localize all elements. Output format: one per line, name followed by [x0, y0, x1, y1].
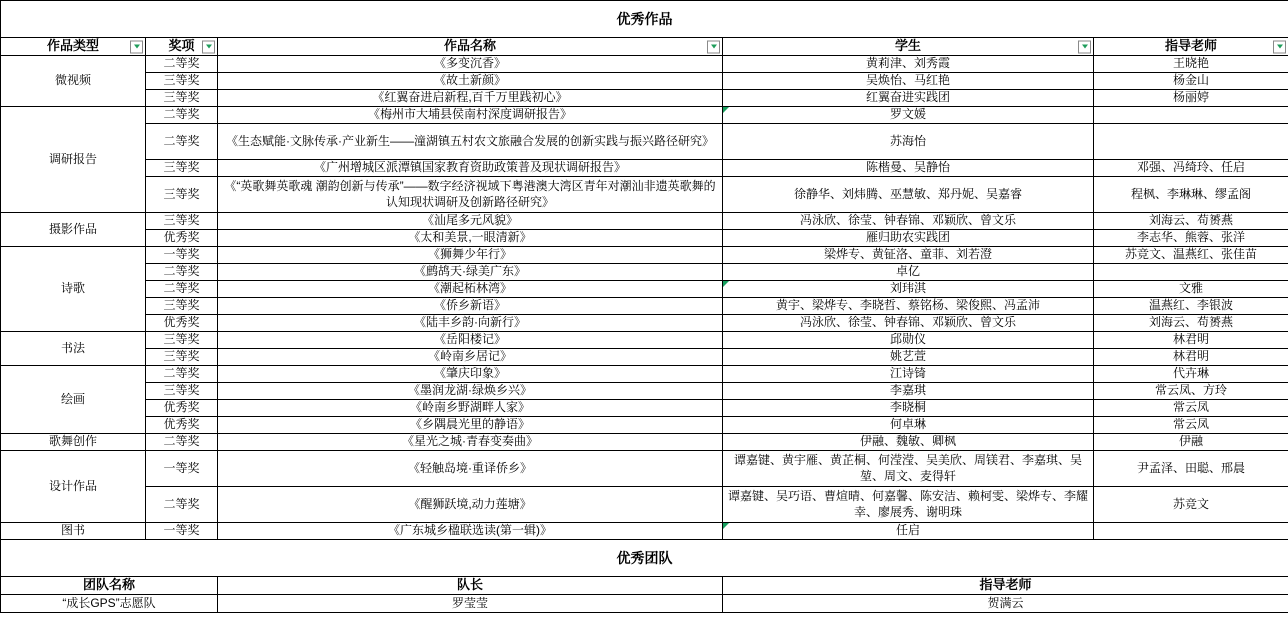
- works-row: 二等奖《鹧鸪天·绿美广东》卓亿: [1, 264, 1288, 281]
- students-cell-text: 黄宇、梁烨专、李晓哲、蔡铭杨、梁俊熙、冯孟沛: [776, 298, 1040, 312]
- students-cell-text: 何卓琳: [890, 417, 926, 431]
- award-cell[interactable]: 优秀奖: [146, 417, 218, 434]
- work-name-cell[interactable]: 《潮起柘林湾》: [218, 281, 723, 298]
- works-row: 三等奖《侨乡新语》黄宇、梁烨专、李晓哲、蔡铭杨、梁俊熙、冯孟沛温燕红、李银波: [1, 298, 1288, 315]
- work-type-cell[interactable]: 歌舞创作: [1, 434, 146, 451]
- teachers-cell[interactable]: 林君明: [1094, 349, 1288, 366]
- teams-row: “成长GPS”志愿队 罗莹莹 贺满云: [1, 595, 1288, 613]
- students-cell-text: 红翼奋进实践团: [866, 90, 950, 104]
- works-row: 优秀奖《太和美景,一眼清新》雁归助农实践团李志华、熊蓉、张洋: [1, 230, 1288, 247]
- team-name-cell[interactable]: “成长GPS”志愿队: [1, 595, 218, 613]
- work-name-cell[interactable]: 《陆丰乡韵·向新行》: [218, 315, 723, 332]
- works-row: 三等奖《广州增城区派潭镇国家教育资助政策普及现状调研报告》陈楷曼、吴静怡邓强、冯…: [1, 160, 1288, 177]
- students-cell[interactable]: 卓亿: [723, 264, 1094, 281]
- works-table: 优秀作品 作品类型 奖项 作品名称 学生: [0, 0, 1288, 540]
- students-cell-text: 卓亿: [896, 264, 920, 278]
- teachers-cell[interactable]: 邓强、冯绮玲、任启: [1094, 160, 1288, 177]
- work-name-cell[interactable]: 《多变沉香》: [218, 56, 723, 73]
- works-row: 图书一等奖《广东城乡楹联选读(第一辑)》任启: [1, 523, 1288, 540]
- teachers-cell[interactable]: [1094, 107, 1288, 124]
- award-cell-text: 三等奖: [163, 90, 199, 104]
- students-cell-text: 刘玮淇: [890, 281, 926, 295]
- award-cell[interactable]: 优秀奖: [146, 400, 218, 417]
- students-cell[interactable]: 苏海怡: [723, 124, 1094, 160]
- teachers-cell-text: 苏竞文、温燕红、张佳苗: [1125, 247, 1257, 261]
- filter-arrow-icon: [206, 45, 212, 49]
- students-cell[interactable]: 伊融、魏敏、卿枫: [723, 434, 1094, 451]
- works-row: 三等奖《故土新颜》吴焕怡、马红艳杨金山: [1, 73, 1288, 90]
- students-cell-text: 邱勋仪: [890, 332, 926, 346]
- work-name-cell-text: 《陆丰乡韵·向新行》: [414, 315, 526, 329]
- award-cell[interactable]: 三等奖: [146, 332, 218, 349]
- teams-section-title: 优秀团队: [1, 540, 1288, 577]
- award-cell[interactable]: 一等奖: [146, 247, 218, 264]
- award-cell-text: 二等奖: [163, 366, 199, 380]
- teachers-cell-text: 常云凤: [1173, 417, 1209, 431]
- teachers-cell-text: 代卉琳: [1173, 366, 1209, 380]
- award-cell-text: 三等奖: [163, 213, 199, 227]
- teachers-cell-text: 杨丽婷: [1173, 90, 1209, 104]
- filter-arrow-icon: [1082, 45, 1088, 49]
- teachers-cell[interactable]: 林君明: [1094, 332, 1288, 349]
- students-cell-text: 谭嘉键、黄宇雁、黄芷桐、何滢滢、吴美欣、周镁君、李嘉琪、吴堃、周文、麦得轩: [734, 453, 1082, 483]
- award-cell[interactable]: 三等奖: [146, 177, 218, 213]
- error-flag-icon: [723, 523, 729, 529]
- work-name-cell-text: 《梅州市大埔县侯南村深度调研报告》: [368, 107, 572, 121]
- work-name-cell-text: 《侨乡新语》: [434, 298, 506, 312]
- teachers-cell[interactable]: 杨丽婷: [1094, 90, 1288, 107]
- award-cell-text: 二等奖: [163, 264, 199, 278]
- teachers-cell[interactable]: 尹孟泽、田聪、邢晨: [1094, 451, 1288, 487]
- students-cell-text: 冯泳欣、徐莹、钟春锦、邓颖欣、曾文乐: [800, 213, 1016, 227]
- work-name-cell[interactable]: 《广州增城区派潭镇国家教育资助政策普及现状调研报告》: [218, 160, 723, 177]
- award-cell[interactable]: 优秀奖: [146, 315, 218, 332]
- students-cell[interactable]: 邱勋仪: [723, 332, 1094, 349]
- work-name-cell[interactable]: 《乡隅晨光里的静语》: [218, 417, 723, 434]
- students-cell[interactable]: 黄莉津、刘秀霞: [723, 56, 1094, 73]
- work-name-cell-text: 《岭南乡野湖畔人家》: [410, 400, 530, 414]
- award-cell[interactable]: 三等奖: [146, 383, 218, 400]
- work-name-cell[interactable]: 《墨润龙湖·绿焕乡兴》: [218, 383, 723, 400]
- teachers-cell-text: 刘海云、苟赟燕: [1149, 213, 1233, 227]
- students-cell[interactable]: 冯泳欣、徐莹、钟春锦、邓颖欣、曾文乐: [723, 315, 1094, 332]
- work-name-cell[interactable]: 《肇庆印象》: [218, 366, 723, 383]
- students-cell-text: 徐静华、刘炜腾、巫慧敏、郑丹妮、吴嘉睿: [794, 187, 1022, 201]
- students-cell-text: 罗文媛: [890, 107, 926, 121]
- work-name-cell-text: 《广东城乡楹联选读(第一辑)》: [388, 523, 552, 537]
- work-name-cell-text: 《墨润龙湖·绿焕乡兴》: [408, 383, 532, 397]
- teachers-cell[interactable]: 常云凤: [1094, 400, 1288, 417]
- teachers-cell-text: 邓强、冯绮玲、任启: [1137, 160, 1245, 174]
- work-name-cell[interactable]: 《鹧鸪天·绿美广东》: [218, 264, 723, 281]
- award-cell[interactable]: 二等奖: [146, 264, 218, 281]
- work-name-cell-text: 《醒狮跃境,动力莲塘》: [408, 497, 531, 511]
- students-cell-text: 任启: [896, 523, 920, 537]
- award-cell[interactable]: 二等奖: [146, 107, 218, 124]
- column-header-label: 队长: [457, 577, 483, 592]
- filter-button-work-name[interactable]: [707, 40, 720, 53]
- award-cell-text: 三等奖: [163, 383, 199, 397]
- award-cell-text: 一等奖: [163, 523, 199, 537]
- award-cell[interactable]: 二等奖: [146, 124, 218, 160]
- students-cell[interactable]: 黄宇、梁烨专、李晓哲、蔡铭杨、梁俊熙、冯孟沛: [723, 298, 1094, 315]
- teachers-cell[interactable]: 苏竞文、温燕红、张佳苗: [1094, 247, 1288, 264]
- column-header-team-name[interactable]: 团队名称: [1, 577, 218, 595]
- students-cell[interactable]: 李嘉琪: [723, 383, 1094, 400]
- teachers-cell-text: 刘海云、苟赟燕: [1149, 315, 1233, 329]
- work-type-cell[interactable]: 微视频: [1, 56, 146, 107]
- award-cell[interactable]: 二等奖: [146, 56, 218, 73]
- column-header-label: 奖项: [168, 38, 194, 53]
- work-name-cell-text: 《乡隅晨光里的静语》: [410, 417, 530, 431]
- column-header-work-type[interactable]: 作品类型: [1, 38, 146, 56]
- teachers-cell-text: 杨金山: [1173, 73, 1209, 87]
- students-cell[interactable]: 谭嘉键、吴巧语、曹煊晴、何嘉馨、陈安洁、赖柯雯、梁烨专、李耀幸、廖展秀、谢明珠: [723, 487, 1094, 523]
- work-name-cell-text: 《星光之城·青春变奏曲》: [402, 434, 538, 448]
- work-name-cell-text: 《岳阳楼记》: [434, 332, 506, 346]
- works-row: 微视频二等奖《多变沉香》黄莉津、刘秀霞王晓艳: [1, 56, 1288, 73]
- works-row: 摄影作品三等奖《汕尾多元风貌》冯泳欣、徐莹、钟春锦、邓颖欣、曾文乐刘海云、苟赟燕: [1, 213, 1288, 230]
- work-name-cell-text: 《狮舞少年行》: [428, 247, 512, 261]
- teachers-cell[interactable]: 温燕红、李银波: [1094, 298, 1288, 315]
- works-row: 优秀奖《乡隅晨光里的静语》何卓琳常云凤: [1, 417, 1288, 434]
- column-header-label: 作品类型: [47, 38, 99, 53]
- work-type-cell[interactable]: 摄影作品: [1, 213, 146, 247]
- students-cell[interactable]: 李晓桐: [723, 400, 1094, 417]
- work-name-cell[interactable]: 《汕尾多元风貌》: [218, 213, 723, 230]
- work-name-cell-text: 《太和美景,一眼清新》: [408, 230, 531, 244]
- work-name-cell-text: 《故土新颜》: [434, 73, 506, 87]
- column-header-teachers[interactable]: 指导老师: [1094, 38, 1288, 56]
- column-header-label: 学生: [895, 38, 921, 53]
- award-cell[interactable]: 二等奖: [146, 281, 218, 298]
- award-cell-text: 一等奖: [163, 461, 199, 475]
- students-cell-text: 梁烨专、黄钲洛、童菲、刘若澄: [824, 247, 992, 261]
- work-type-cell[interactable]: 图书: [1, 523, 146, 540]
- work-name-cell-text: 《轻触岛境·重译侨乡》: [408, 461, 532, 475]
- works-header-row: 作品类型 奖项 作品名称 学生 指导老师: [1, 38, 1288, 56]
- students-cell-text: 黄莉津、刘秀霞: [866, 56, 950, 70]
- teams-title-row: 优秀团队: [1, 540, 1288, 577]
- teachers-cell[interactable]: 杨金山: [1094, 73, 1288, 90]
- column-header-work-name[interactable]: 作品名称: [218, 38, 723, 56]
- work-name-cell[interactable]: 《侨乡新语》: [218, 298, 723, 315]
- work-name-cell-text: 《鹧鸪天·绿美广东》: [414, 264, 526, 278]
- teachers-cell-text: 温燕红、李银波: [1149, 298, 1233, 312]
- award-cell[interactable]: 优秀奖: [146, 230, 218, 247]
- award-cell[interactable]: 三等奖: [146, 73, 218, 90]
- students-cell[interactable]: 谭嘉键、黄宇雁、黄芷桐、何滢滢、吴美欣、周镁君、李嘉琪、吴堃、周文、麦得轩: [723, 451, 1094, 487]
- students-cell-text: 李晓桐: [890, 400, 926, 414]
- teachers-cell-text: 文雅: [1179, 281, 1203, 295]
- teachers-cell[interactable]: 苏竞文: [1094, 487, 1288, 523]
- teachers-cell[interactable]: 程枫、李琳琳、缪孟阁: [1094, 177, 1288, 213]
- column-header-label: 作品名称: [444, 38, 496, 53]
- teachers-cell[interactable]: 刘海云、苟赟燕: [1094, 315, 1288, 332]
- teachers-cell-text: 常云凤: [1173, 400, 1209, 414]
- award-cell-text: 三等奖: [163, 73, 199, 87]
- works-row: 绘画二等奖《肇庆印象》江诗锜代卉琳: [1, 366, 1288, 383]
- works-row: 优秀奖《岭南乡野湖畔人家》李晓桐常云凤: [1, 400, 1288, 417]
- works-row: 二等奖《潮起柘林湾》刘玮淇文雅: [1, 281, 1288, 298]
- award-cell-text: 二等奖: [163, 497, 199, 511]
- work-name-cell-text: 《多变沉香》: [434, 56, 506, 70]
- teachers-cell-text: 常云凤、方玲: [1155, 383, 1227, 397]
- work-name-cell[interactable]: 《岭南乡居记》: [218, 349, 723, 366]
- teachers-cell[interactable]: 李志华、熊蓉、张洋: [1094, 230, 1288, 247]
- work-name-cell-text: 《汕尾多元风貌》: [422, 213, 518, 227]
- students-cell-text: 姚艺萱: [890, 349, 926, 363]
- award-cell-text: 一等奖: [163, 247, 199, 261]
- teachers-cell-text: 伊融: [1179, 434, 1203, 448]
- award-cell-text: 二等奖: [163, 434, 199, 448]
- students-cell-text: 吴焕怡、马红艳: [866, 73, 950, 87]
- award-cell-text: 三等奖: [163, 298, 199, 312]
- teachers-cell[interactable]: 刘海云、苟赟燕: [1094, 213, 1288, 230]
- award-cell-text: 三等奖: [163, 349, 199, 363]
- work-name-cell[interactable]: 《岭南乡野湖畔人家》: [218, 400, 723, 417]
- spreadsheet-area: 优秀作品 作品类型 奖项 作品名称 学生: [0, 0, 1288, 631]
- works-section-title: 优秀作品: [1, 1, 1288, 38]
- works-row: 三等奖《红翼奋进启新程,百千万里践初心》红翼奋进实践团杨丽婷: [1, 90, 1288, 107]
- column-header-award[interactable]: 奖项: [146, 38, 218, 56]
- teams-header-row: 团队名称 队长 指导老师: [1, 577, 1288, 595]
- award-cell-text: 二等奖: [163, 281, 199, 295]
- award-cell-text: 优秀奖: [163, 417, 199, 431]
- works-row: 设计作品一等奖《轻触岛境·重译侨乡》谭嘉键、黄宇雁、黄芷桐、何滢滢、吴美欣、周镁…: [1, 451, 1288, 487]
- works-row: 二等奖《生态赋能·文脉传承·产业新生——潼湖镇五村农文旅融合发展的创新实践与振兴…: [1, 124, 1288, 160]
- students-cell[interactable]: 何卓琳: [723, 417, 1094, 434]
- students-cell-text: 伊融、魏敏、卿枫: [860, 434, 956, 448]
- students-cell-text: 冯泳欣、徐莹、钟春锦、邓颖欣、曾文乐: [800, 315, 1016, 329]
- work-type-cell[interactable]: 设计作品: [1, 451, 146, 523]
- work-name-cell-text: 《肇庆印象》: [434, 366, 506, 380]
- teachers-cell-text: 王晓艳: [1173, 56, 1209, 70]
- teachers-cell[interactable]: 代卉琳: [1094, 366, 1288, 383]
- work-name-cell[interactable]: 《生态赋能·文脉传承·产业新生——潼湖镇五村农文旅融合发展的创新实践与振兴路径研…: [218, 124, 723, 160]
- students-cell-text: 谭嘉键、吴巧语、曹煊晴、何嘉馨、陈安洁、赖柯雯、梁烨专、李耀幸、廖展秀、谢明珠: [728, 489, 1088, 519]
- students-cell[interactable]: 冯泳欣、徐莹、钟春锦、邓颖欣、曾文乐: [723, 213, 1094, 230]
- work-type-cell[interactable]: 书法: [1, 332, 146, 366]
- works-row: 诗歌一等奖《狮舞少年行》梁烨专、黄钲洛、童菲、刘若澄苏竞文、温燕红、张佳苗: [1, 247, 1288, 264]
- filter-arrow-icon: [711, 45, 717, 49]
- award-cell-text: 三等奖: [163, 187, 199, 201]
- students-cell[interactable]: 罗文媛: [723, 107, 1094, 124]
- team-teacher-cell[interactable]: 贺满云: [723, 595, 1288, 613]
- teachers-cell[interactable]: 常云凤: [1094, 417, 1288, 434]
- award-cell[interactable]: 三等奖: [146, 298, 218, 315]
- column-header-label: 指导老师: [980, 577, 1032, 592]
- work-name-cell-text: 《岭南乡居记》: [428, 349, 512, 363]
- award-cell[interactable]: 二等奖: [146, 487, 218, 523]
- work-name-cell-text: 《潮起柘林湾》: [428, 281, 512, 295]
- work-name-cell[interactable]: 《故土新颜》: [218, 73, 723, 90]
- works-row: 调研报告二等奖《梅州市大埔县侯南村深度调研报告》罗文媛: [1, 107, 1288, 124]
- work-name-cell-text: 《生态赋能·文脉传承·产业新生——潼湖镇五村农文旅融合发展的创新实践与振兴路径研…: [226, 134, 714, 148]
- students-cell[interactable]: 刘玮淇: [723, 281, 1094, 298]
- teachers-cell-text: 李志华、熊蓉、张洋: [1137, 230, 1245, 244]
- work-type-cell[interactable]: 诗歌: [1, 247, 146, 332]
- teachers-cell-text: 苏竞文: [1173, 497, 1209, 511]
- work-name-cell[interactable]: 《太和美景,一眼清新》: [218, 230, 723, 247]
- work-type-cell[interactable]: 绘画: [1, 366, 146, 434]
- filter-button-teachers[interactable]: [1273, 40, 1286, 53]
- column-header-label: 指导老师: [1165, 38, 1217, 53]
- work-name-cell[interactable]: 《轻触岛境·重译侨乡》: [218, 451, 723, 487]
- works-row: 二等奖《醒狮跃境,动力莲塘》谭嘉键、吴巧语、曹煊晴、何嘉馨、陈安洁、赖柯雯、梁烨…: [1, 487, 1288, 523]
- award-cell-text: 二等奖: [163, 107, 199, 121]
- award-cell-text: 优秀奖: [163, 400, 199, 414]
- students-cell[interactable]: 红翼奋进实践团: [723, 90, 1094, 107]
- teachers-cell[interactable]: 王晓艳: [1094, 56, 1288, 73]
- students-cell-text: 苏海怡: [890, 134, 926, 148]
- award-cell[interactable]: 二等奖: [146, 434, 218, 451]
- award-cell-text: 二等奖: [163, 56, 199, 70]
- students-cell-text: 江诗锜: [890, 366, 926, 380]
- award-cell[interactable]: 二等奖: [146, 366, 218, 383]
- teachers-cell[interactable]: 伊融: [1094, 434, 1288, 451]
- column-header-team-teacher[interactable]: 指导老师: [723, 577, 1288, 595]
- work-name-cell[interactable]: 《红翼奋进启新程,百千万里践初心》: [218, 90, 723, 107]
- teams-table: 优秀团队 团队名称 队长 指导老师 “成长GPS”志愿队 罗莹莹 贺满云: [0, 539, 1288, 613]
- filter-button-work-type[interactable]: [130, 40, 143, 53]
- teachers-cell[interactable]: 文雅: [1094, 281, 1288, 298]
- students-cell[interactable]: 徐静华、刘炜腾、巫慧敏、郑丹妮、吴嘉睿: [723, 177, 1094, 213]
- work-name-cell[interactable]: 《广东城乡楹联选读(第一辑)》: [218, 523, 723, 540]
- error-flag-icon: [723, 281, 729, 287]
- filter-button-award[interactable]: [202, 40, 215, 53]
- students-cell[interactable]: 吴焕怡、马红艳: [723, 73, 1094, 90]
- filter-arrow-icon: [1277, 45, 1283, 49]
- teachers-cell-text: 尹孟泽、田聪、邢晨: [1137, 461, 1245, 475]
- award-cell-text: 三等奖: [163, 332, 199, 346]
- column-header-label: 团队名称: [83, 577, 135, 592]
- students-cell-text: 雁归助农实践团: [866, 230, 950, 244]
- award-cell-text: 二等奖: [163, 134, 199, 148]
- students-cell-text: 陈楷曼、吴静怡: [866, 160, 950, 174]
- works-row: 歌舞创作二等奖《星光之城·青春变奏曲》伊融、魏敏、卿枫伊融: [1, 434, 1288, 451]
- work-name-cell[interactable]: 《狮舞少年行》: [218, 247, 723, 264]
- teachers-cell[interactable]: [1094, 523, 1288, 540]
- students-cell-text: 李嘉琪: [890, 383, 926, 397]
- works-row: 三等奖《“英歌舞英歌魂 潮韵创新与传承”——数字经济视域下粤港澳大湾区青年对潮汕…: [1, 177, 1288, 213]
- error-flag-icon: [723, 107, 729, 113]
- work-name-cell[interactable]: 《“英歌舞英歌魂 潮韵创新与传承”——数字经济视域下粤港澳大湾区青年对潮汕非遗英…: [218, 177, 723, 213]
- filter-button-students[interactable]: [1078, 40, 1091, 53]
- work-name-cell-text: 《红翼奋进启新程,百千万里践初心》: [372, 90, 567, 104]
- award-cell[interactable]: 一等奖: [146, 451, 218, 487]
- team-captain-cell[interactable]: 罗莹莹: [218, 595, 723, 613]
- column-header-captain[interactable]: 队长: [218, 577, 723, 595]
- students-cell[interactable]: 梁烨专、黄钲洛、童菲、刘若澄: [723, 247, 1094, 264]
- teachers-cell[interactable]: [1094, 124, 1288, 160]
- teachers-cell[interactable]: 常云凤、方玲: [1094, 383, 1288, 400]
- teachers-cell[interactable]: [1094, 264, 1288, 281]
- filter-arrow-icon: [134, 45, 140, 49]
- award-cell[interactable]: 一等奖: [146, 523, 218, 540]
- award-cell-text: 优秀奖: [163, 315, 199, 329]
- award-cell-text: 三等奖: [163, 160, 199, 174]
- award-cell[interactable]: 三等奖: [146, 160, 218, 177]
- work-name-cell[interactable]: 《醒狮跃境,动力莲塘》: [218, 487, 723, 523]
- work-type-cell[interactable]: 调研报告: [1, 107, 146, 213]
- work-name-cell[interactable]: 《岳阳楼记》: [218, 332, 723, 349]
- award-cell[interactable]: 三等奖: [146, 213, 218, 230]
- work-name-cell-text: 《广州增城区派潭镇国家教育资助政策普及现状调研报告》: [314, 160, 626, 174]
- award-cell[interactable]: 三等奖: [146, 90, 218, 107]
- work-name-cell[interactable]: 《梅州市大埔县侯南村深度调研报告》: [218, 107, 723, 124]
- award-cell-text: 优秀奖: [163, 230, 199, 244]
- students-cell[interactable]: 姚艺萱: [723, 349, 1094, 366]
- students-cell[interactable]: 雁归助农实践团: [723, 230, 1094, 247]
- students-cell[interactable]: 陈楷曼、吴静怡: [723, 160, 1094, 177]
- students-cell[interactable]: 江诗锜: [723, 366, 1094, 383]
- works-row: 优秀奖《陆丰乡韵·向新行》冯泳欣、徐莹、钟春锦、邓颖欣、曾文乐刘海云、苟赟燕: [1, 315, 1288, 332]
- work-name-cell[interactable]: 《星光之城·青春变奏曲》: [218, 434, 723, 451]
- work-name-cell-text: 《“英歌舞英歌魂 潮韵创新与传承”——数字经济视域下粤港澳大湾区青年对潮汕非遗英…: [224, 179, 715, 209]
- teachers-cell-text: 林君明: [1173, 332, 1209, 346]
- teachers-cell-text: 林君明: [1173, 349, 1209, 363]
- students-cell[interactable]: 任启: [723, 523, 1094, 540]
- column-header-students[interactable]: 学生: [723, 38, 1094, 56]
- award-cell[interactable]: 三等奖: [146, 349, 218, 366]
- works-title-row: 优秀作品: [1, 1, 1288, 38]
- teachers-cell-text: 程枫、李琳琳、缪孟阁: [1131, 187, 1251, 201]
- works-row: 三等奖《墨润龙湖·绿焕乡兴》李嘉琪常云凤、方玲: [1, 383, 1288, 400]
- works-row: 三等奖《岭南乡居记》姚艺萱林君明: [1, 349, 1288, 366]
- works-row: 书法三等奖《岳阳楼记》邱勋仪林君明: [1, 332, 1288, 349]
